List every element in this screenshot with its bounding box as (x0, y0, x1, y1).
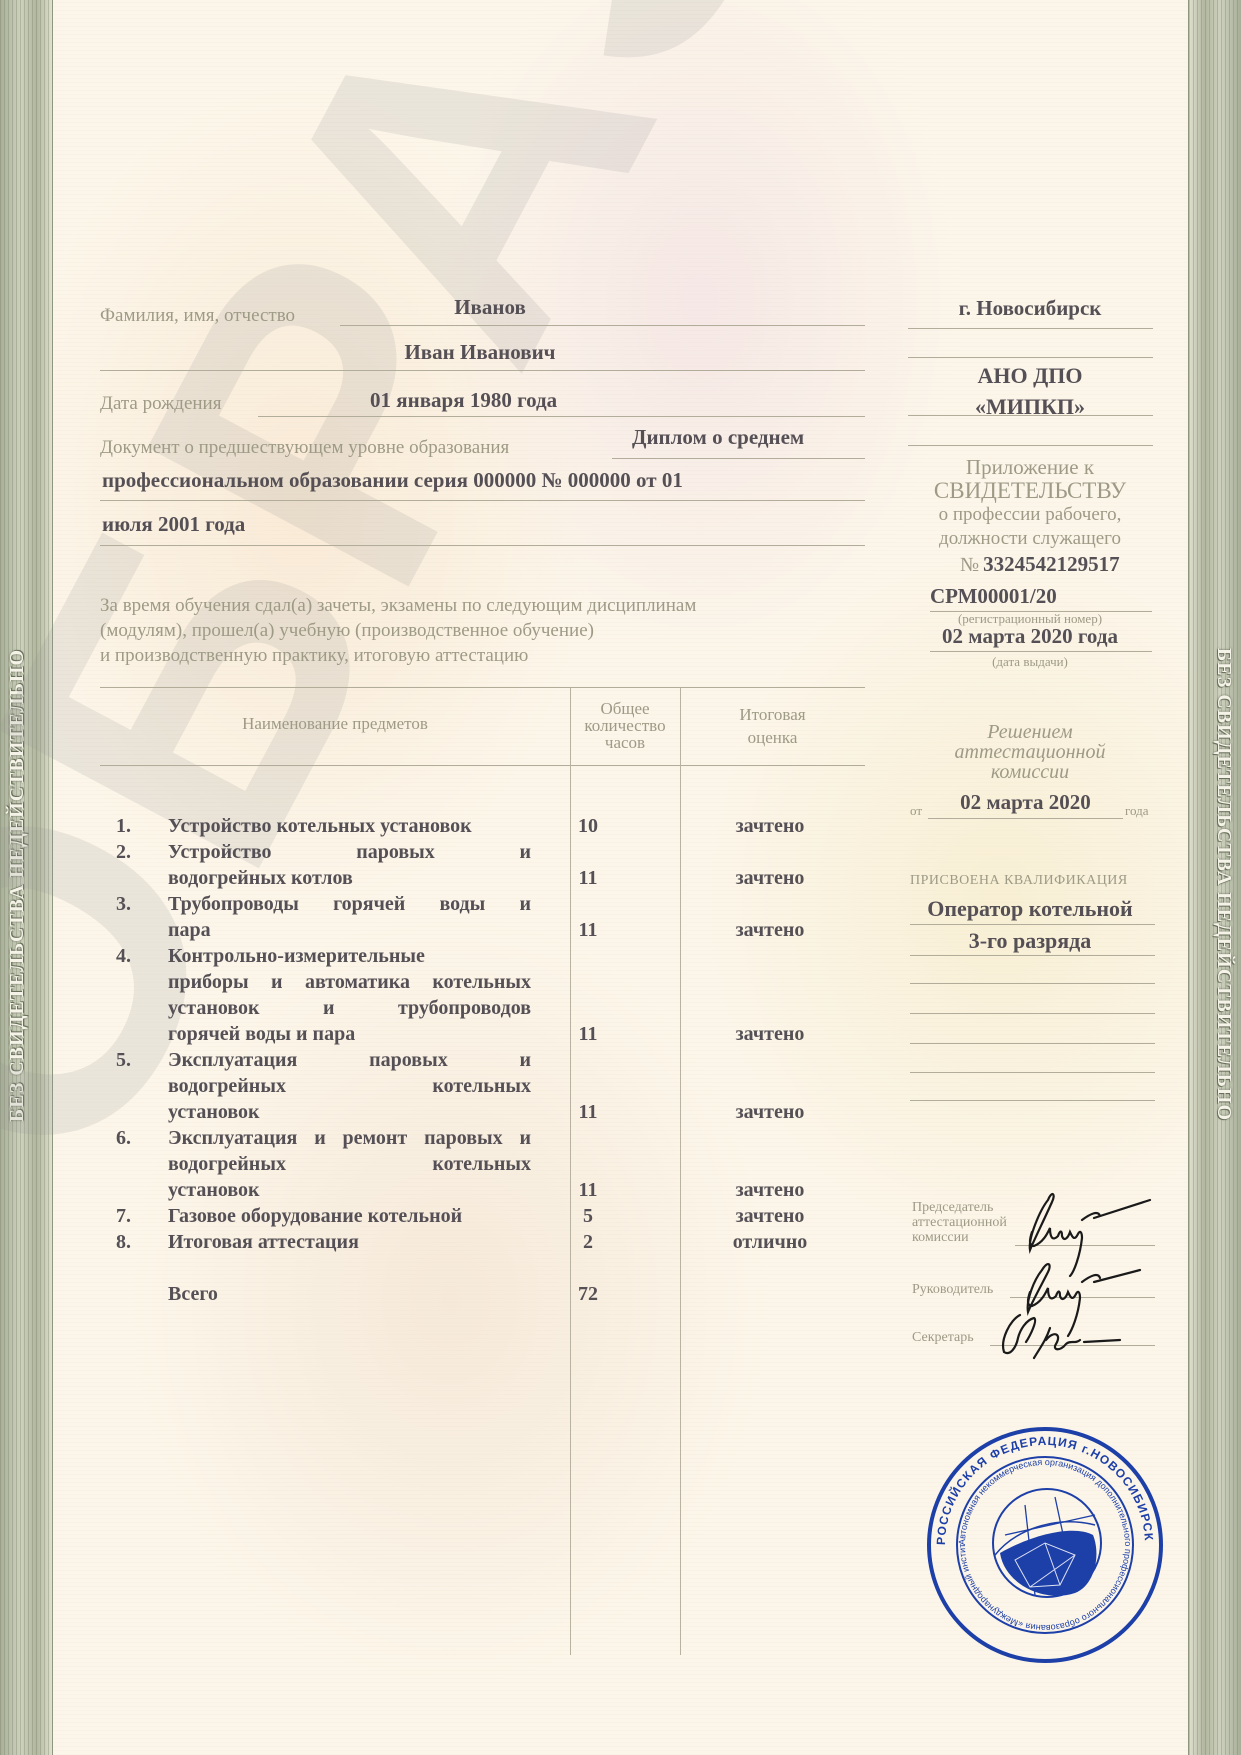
decision-line-1: Решением (905, 722, 1155, 742)
issue-label: (дата выдачи) (905, 654, 1155, 670)
decision-date: 02 марта 2020 (928, 790, 1123, 815)
header-hours: Общее количество часов (570, 700, 680, 751)
subject-name: Эксплуатация и ремонт паровых иводогрейн… (168, 1125, 531, 1203)
table-row: 8.Итоговая аттестация2отлично (110, 1229, 870, 1255)
reg-number: СРМ00001/20 (930, 584, 1057, 609)
secretary-label: Секретарь (912, 1330, 974, 1345)
table-header-rule (100, 765, 865, 766)
subject-name: Трубопроводы горячей воды ипара (168, 891, 531, 943)
decision-line-2: аттестационной (905, 742, 1155, 762)
org-line-2b (908, 445, 1153, 446)
row-number: 8. (116, 1229, 156, 1255)
qual-line-7 (910, 1100, 1155, 1101)
organization: АНО ДПО «МИПКП» (905, 360, 1155, 422)
prev-doc-line3: июля 2001 года (102, 512, 245, 537)
grade-value: зачтено (700, 813, 840, 839)
grade-value: зачтено (700, 917, 840, 943)
city-line (908, 328, 1153, 329)
fio-line (340, 325, 865, 326)
decision-date-line (928, 818, 1123, 819)
grade-value: зачтено (700, 865, 840, 891)
certificate-number: № 3324542129517 (960, 552, 1120, 577)
table-row: 4.Контрольно-измерительныеприборы и авто… (110, 943, 870, 1047)
row-number: 2. (116, 839, 156, 865)
birth-line (258, 416, 865, 417)
row-number: 7. (116, 1203, 156, 1229)
header-grade: Итоговая оценка (680, 706, 865, 746)
table-row: 2.Устройство паровых иводогрейных котлов… (110, 839, 870, 891)
official-stamp: РОССИЙСКАЯ ФЕДЕРАЦИЯ г.НОВОСИБИРСК Автон… (925, 1425, 1165, 1665)
appendix-line-2: СВИДЕТЕЛЬСТВУ (905, 479, 1155, 503)
hours-value: 11 (550, 1021, 626, 1047)
grade-value: отлично (700, 1229, 840, 1255)
birth-date: 01 января 1980 года (370, 388, 557, 413)
header-hours-2: количество (570, 717, 680, 734)
qualification-line-2: 3-го разряда (905, 928, 1155, 954)
side-text-left: БЕЗ СВИДЕТЕЛЬСТВА НЕДЕЙСТВИТЕЛЬНО (6, 620, 46, 1150)
hours-value: 11 (550, 1099, 626, 1125)
table-top-rule (100, 687, 865, 688)
row-number: 1. (116, 813, 156, 839)
decision-text: Решением аттестационной комиссии (905, 722, 1155, 782)
year-label: года (1125, 803, 1149, 819)
prev-doc-line-3 (100, 545, 865, 546)
table-row: 7.Газовое оборудование котельной5зачтено (110, 1203, 870, 1229)
header-grade-2: оценка (680, 729, 865, 746)
name-patronymic: Иван Иванович (280, 340, 680, 365)
subject-name: Устройство паровых иводогрейных котлов (168, 839, 531, 891)
row-number: 4. (116, 943, 156, 969)
org-line-top (908, 357, 1153, 358)
subject-name: Эксплуатация паровых иводогрейных котель… (168, 1047, 531, 1125)
appendix-line-1: Приложение к (905, 455, 1155, 479)
number-sign: № (960, 554, 979, 576)
table-row: 5.Эксплуатация паровых иводогрейных коте… (110, 1047, 870, 1125)
row-number: 5. (116, 1047, 156, 1073)
appendix-line-3: о профессии рабочего, (905, 503, 1155, 527)
from-label: от (910, 803, 922, 819)
decision-line-3: комиссии (905, 762, 1155, 782)
qual-line-5 (910, 1043, 1155, 1044)
head-label: Руководитель (912, 1282, 993, 1297)
qual-line-3 (910, 983, 1155, 984)
qualification-label: ПРИСВОЕНА КВАЛИФИКАЦИЯ (910, 873, 1128, 889)
intro-line-3: и производственную практику, итоговую ат… (100, 643, 696, 668)
prev-doc-label: Документ о предшествующем уровне образов… (100, 437, 509, 459)
prev-doc-line (612, 458, 865, 459)
issue-date: 02 марта 2020 года (905, 624, 1155, 649)
side-text-right: БЕЗ СВИДЕТЕЛЬСТВА НЕДЕЙСТВИТЕЛЬНО (1195, 620, 1235, 1150)
appendix-line-4: должности служащего (905, 527, 1155, 551)
fio-label: Фамилия, имя, отчество (100, 305, 295, 327)
hours-value: 2 (550, 1229, 626, 1255)
hours-value: 11 (550, 917, 626, 943)
header-grade-1: Итоговая (680, 706, 865, 723)
header-hours-3: часов (570, 734, 680, 751)
subject-name: Итоговая аттестация (168, 1229, 531, 1255)
grade-value: зачтено (700, 1021, 840, 1047)
surname: Иванов (340, 295, 640, 320)
intro-line-1: За время обучения сдал(а) зачеты, экзаме… (100, 593, 696, 618)
header-subject: Наименование предметов (100, 715, 570, 732)
prev-doc-line1: Диплом о среднем (632, 425, 804, 450)
total-hours: 72 (550, 1281, 626, 1307)
qual-line-2 (910, 955, 1155, 956)
table-row: 1.Устройство котельных установок10зачтен… (110, 813, 870, 839)
subject-name: Газовое оборудование котельной (168, 1203, 531, 1229)
number-value: 3324542129517 (983, 552, 1120, 576)
hours-value: 11 (550, 865, 626, 891)
total-label: Всего (168, 1281, 531, 1307)
hours-value: 5 (550, 1203, 626, 1229)
issue-date-line (930, 651, 1152, 652)
subject-name: Устройство котельных установок (168, 813, 531, 839)
hours-value: 11 (550, 1177, 626, 1203)
table-row: 3.Трубопроводы горячей воды ипара11зачте… (110, 891, 870, 943)
qualification-line-1: Оператор котельной (905, 896, 1155, 922)
org-line-1: АНО ДПО (905, 360, 1155, 391)
intro-line-2: (модулям), прошел(а) учебную (производст… (100, 618, 696, 643)
org-line (908, 415, 1153, 416)
qual-line-1 (910, 924, 1155, 925)
prev-doc-line-2 (100, 500, 865, 501)
org-line-2: «МИПКП» (905, 391, 1155, 422)
birth-label: Дата рождения (100, 393, 221, 415)
signatures-ink (990, 1180, 1190, 1370)
table-row: 6.Эксплуатация и ремонт паровых иводогре… (110, 1125, 870, 1203)
city: г. Новосибирск (905, 296, 1155, 321)
row-number: 6. (116, 1125, 156, 1151)
header-hours-1: Общее (570, 700, 680, 717)
grade-value: зачтено (700, 1177, 840, 1203)
fio-line-2 (100, 370, 865, 371)
row-number: 3. (116, 891, 156, 917)
subject-name: Контрольно-измерительныеприборы и автома… (168, 943, 531, 1047)
prev-doc-line2: профессиональном образовании серия 00000… (102, 468, 683, 493)
intro-text: За время обучения сдал(а) зачеты, экзаме… (100, 593, 696, 668)
appendix-title: Приложение к СВИДЕТЕЛЬСТВУ о профессии р… (905, 455, 1155, 551)
grade-value: зачтено (700, 1203, 840, 1229)
hours-value: 10 (550, 813, 626, 839)
qual-line-6 (910, 1072, 1155, 1073)
qual-line-4 (910, 1013, 1155, 1014)
grade-value: зачтено (700, 1099, 840, 1125)
